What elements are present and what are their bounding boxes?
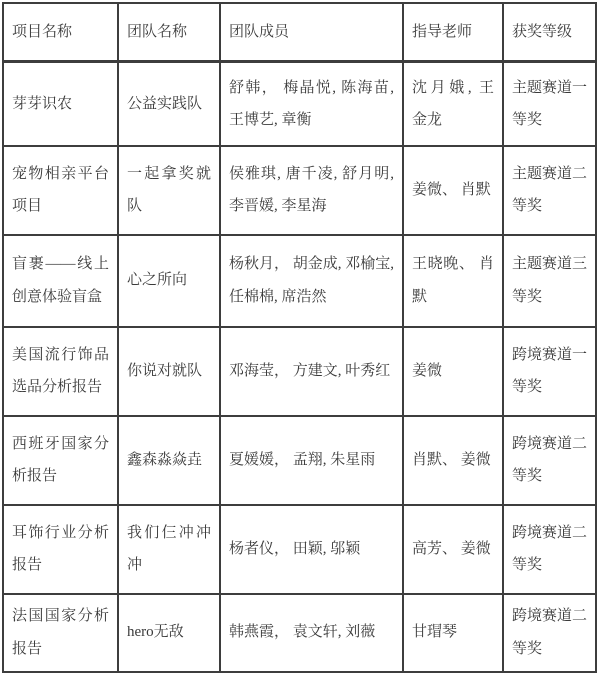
award-cell: 跨境赛道二等奖 bbox=[503, 594, 596, 672]
awards-table: 项目名称 团队名称 团队成员 指导老师 获奖等级 芽芽识农 公益实践队 舒韩， … bbox=[2, 2, 597, 673]
members-cell: 邓海莹， 方建文, 叶秀红 bbox=[220, 327, 403, 416]
advisor-cell: 王晓晚、 肖默 bbox=[403, 235, 503, 327]
project-cell: 芽芽识农 bbox=[3, 62, 118, 146]
project-cell: 美国流行饰品选品分析报告 bbox=[3, 327, 118, 416]
project-cell: 法国国家分析报告 bbox=[3, 594, 118, 672]
header-row: 项目名称 团队名称 团队成员 指导老师 获奖等级 bbox=[3, 3, 596, 62]
column-header-project: 项目名称 bbox=[3, 3, 118, 62]
column-header-members: 团队成员 bbox=[220, 3, 403, 62]
advisor-cell: 肖默、 姜微 bbox=[403, 416, 503, 505]
column-header-advisor: 指导老师 bbox=[403, 3, 503, 62]
table-row: 西班牙国家分析报告 鑫森淼焱垚 夏媛媛， 孟翔, 朱星雨 肖默、 姜微 跨境赛道… bbox=[3, 416, 596, 505]
project-cell: 宠物相亲平台项目 bbox=[3, 146, 118, 235]
advisor-cell: 甘瑁琴 bbox=[403, 594, 503, 672]
advisor-cell: 高芳、 姜微 bbox=[403, 505, 503, 594]
team-cell: 你说对就队 bbox=[118, 327, 220, 416]
column-header-award: 获奖等级 bbox=[503, 3, 596, 62]
column-header-team: 团队名称 bbox=[118, 3, 220, 62]
project-cell: 盲裹——线上创意体验盲盒 bbox=[3, 235, 118, 327]
advisor-cell: 沈月娥, 王金龙 bbox=[403, 62, 503, 146]
table-row: 美国流行饰品选品分析报告 你说对就队 邓海莹， 方建文, 叶秀红 姜微 跨境赛道… bbox=[3, 327, 596, 416]
table-row: 芽芽识农 公益实践队 舒韩， 梅晶悦, 陈海苗, 王博艺, 章衡 沈月娥, 王金… bbox=[3, 62, 596, 146]
team-cell: 心之所向 bbox=[118, 235, 220, 327]
award-cell: 跨境赛道二等奖 bbox=[503, 416, 596, 505]
members-cell: 杨秋月， 胡金成, 邓榆宝, 任棉棉, 席浩然 bbox=[220, 235, 403, 327]
members-cell: 侯雅琪, 唐千凌, 舒月明, 李晋媛, 李星海 bbox=[220, 146, 403, 235]
advisor-cell: 姜微 bbox=[403, 327, 503, 416]
members-cell: 舒韩， 梅晶悦, 陈海苗, 王博艺, 章衡 bbox=[220, 62, 403, 146]
members-cell: 杨者仪， 田颖, 邬颖 bbox=[220, 505, 403, 594]
team-cell: 我们仨冲冲冲 bbox=[118, 505, 220, 594]
advisor-cell: 姜微、 肖默 bbox=[403, 146, 503, 235]
team-cell: 鑫森淼焱垚 bbox=[118, 416, 220, 505]
award-cell: 跨境赛道二等奖 bbox=[503, 505, 596, 594]
award-cell: 跨境赛道一等奖 bbox=[503, 327, 596, 416]
team-cell: 一起拿奖就队 bbox=[118, 146, 220, 235]
table-row: 耳饰行业分析报告 我们仨冲冲冲 杨者仪， 田颖, 邬颖 高芳、 姜微 跨境赛道二… bbox=[3, 505, 596, 594]
members-cell: 夏媛媛， 孟翔, 朱星雨 bbox=[220, 416, 403, 505]
table-row: 宠物相亲平台项目 一起拿奖就队 侯雅琪, 唐千凌, 舒月明, 李晋媛, 李星海 … bbox=[3, 146, 596, 235]
award-cell: 主题赛道一等奖 bbox=[503, 62, 596, 146]
award-cell: 主题赛道二等奖 bbox=[503, 146, 596, 235]
project-cell: 西班牙国家分析报告 bbox=[3, 416, 118, 505]
table-row: 法国国家分析报告 hero无敌 韩燕霞， 袁文轩, 刘薇 甘瑁琴 跨境赛道二等奖 bbox=[3, 594, 596, 672]
project-cell: 耳饰行业分析报告 bbox=[3, 505, 118, 594]
award-cell: 主题赛道三等奖 bbox=[503, 235, 596, 327]
team-cell: hero无敌 bbox=[118, 594, 220, 672]
table-row: 盲裹——线上创意体验盲盒 心之所向 杨秋月， 胡金成, 邓榆宝, 任棉棉, 席浩… bbox=[3, 235, 596, 327]
team-cell: 公益实践队 bbox=[118, 62, 220, 146]
members-cell: 韩燕霞， 袁文轩, 刘薇 bbox=[220, 594, 403, 672]
